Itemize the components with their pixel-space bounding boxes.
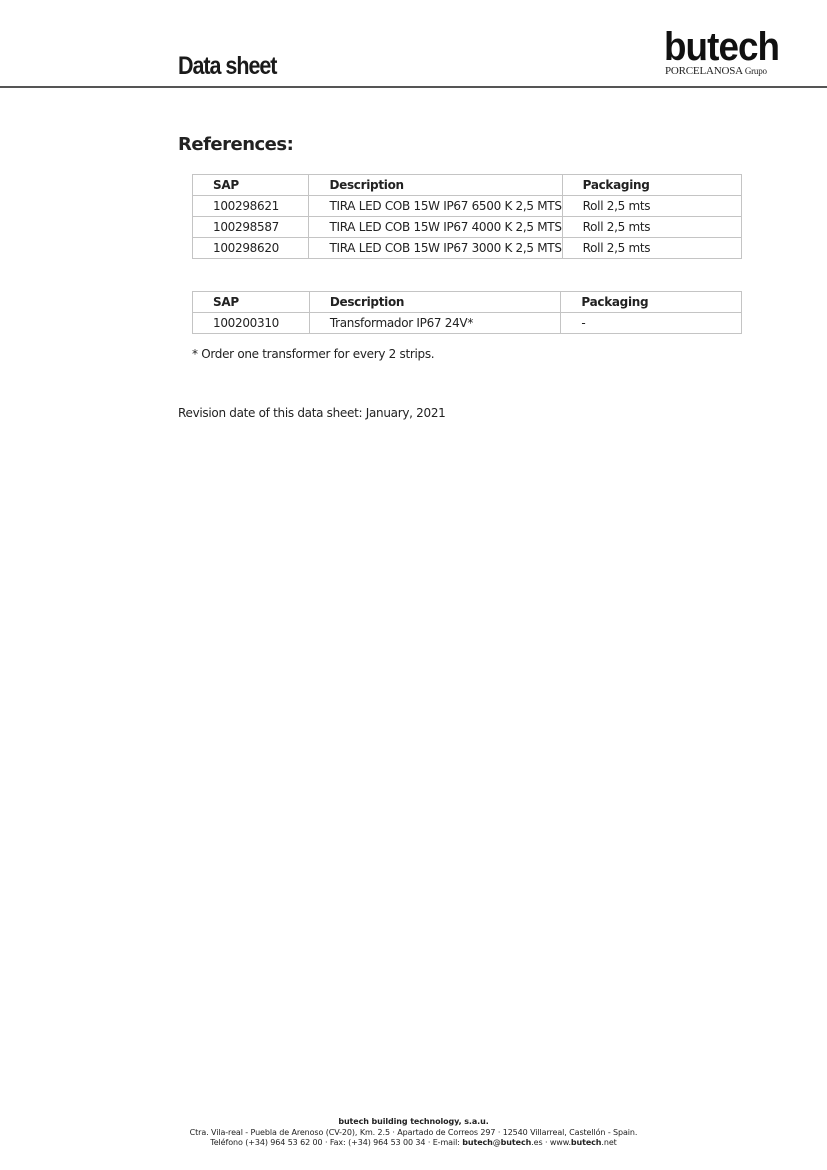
packaging-cell: Roll 2,5 mts: [562, 196, 741, 217]
footer-website-tld[interactable]: .net: [601, 1138, 616, 1147]
references-heading: References:: [178, 134, 293, 155]
header-divider: [0, 86, 827, 88]
footer-address: Ctra. Vila-real - Puebla de Arenoso (CV-…: [0, 1128, 827, 1139]
sap-cell: 100298587: [193, 217, 309, 238]
packaging-cell: -: [561, 313, 742, 334]
footer-company: butech building technology, s.a.u.: [0, 1117, 827, 1128]
footer-phone-fax: Teléfono (+34) 964 53 62 00 · Fax: (+34)…: [210, 1138, 462, 1147]
packaging-cell: Roll 2,5 mts: [562, 238, 741, 259]
table-header-row: SAP Description Packaging: [193, 292, 742, 313]
column-header-packaging: Packaging: [561, 292, 742, 313]
transformer-references-table: SAP Description Packaging 100200310 Tran…: [192, 291, 742, 334]
table-header-row: SAP Description Packaging: [193, 175, 742, 196]
transformer-footnote: * Order one transformer for every 2 stri…: [192, 347, 434, 361]
packaging-cell: Roll 2,5 mts: [562, 217, 741, 238]
sap-cell: 100298620: [193, 238, 309, 259]
column-header-description: Description: [309, 175, 562, 196]
column-header-sap: SAP: [193, 292, 310, 313]
footer-email-user[interactable]: butech: [462, 1138, 493, 1147]
description-cell: TIRA LED COB 15W IP67 6500 K 2,5 MTS: [309, 196, 562, 217]
page-title: Data sheet: [178, 52, 276, 81]
column-header-description: Description: [309, 292, 561, 313]
footer-email-tld: .es · www.: [531, 1138, 571, 1147]
footer-email-domain[interactable]: butech: [501, 1138, 532, 1147]
table-row: 100298587 TIRA LED COB 15W IP67 4000 K 2…: [193, 217, 742, 238]
logo-wordmark: butech: [664, 28, 774, 66]
column-header-packaging: Packaging: [562, 175, 741, 196]
footer-contact: Teléfono (+34) 964 53 62 00 · Fax: (+34)…: [0, 1138, 827, 1149]
revision-date: Revision date of this data sheet: Januar…: [178, 406, 446, 420]
footer-company-brand: butech: [338, 1117, 369, 1126]
led-strip-references-table: SAP Description Packaging 100298621 TIRA…: [192, 174, 742, 259]
table-row: 100298621 TIRA LED COB 15W IP67 6500 K 2…: [193, 196, 742, 217]
footer-email-at[interactable]: @: [493, 1138, 501, 1147]
footer-website-brand[interactable]: butech: [571, 1138, 602, 1147]
column-header-sap: SAP: [193, 175, 309, 196]
footer-company-name: building technology, s.a.u.: [369, 1117, 489, 1126]
page-footer: butech building technology, s.a.u. Ctra.…: [0, 1117, 827, 1149]
table-row: 100200310 Transformador IP67 24V* -: [193, 313, 742, 334]
sap-cell: 100298621: [193, 196, 309, 217]
description-cell: TIRA LED COB 15W IP67 4000 K 2,5 MTS: [309, 217, 562, 238]
table-row: 100298620 TIRA LED COB 15W IP67 3000 K 2…: [193, 238, 742, 259]
description-cell: TIRA LED COB 15W IP67 3000 K 2,5 MTS: [309, 238, 562, 259]
description-cell: Transformador IP67 24V*: [309, 313, 561, 334]
sap-cell: 100200310: [193, 313, 310, 334]
butech-logo: butech PORCELANOSA Grupo: [664, 28, 784, 77]
